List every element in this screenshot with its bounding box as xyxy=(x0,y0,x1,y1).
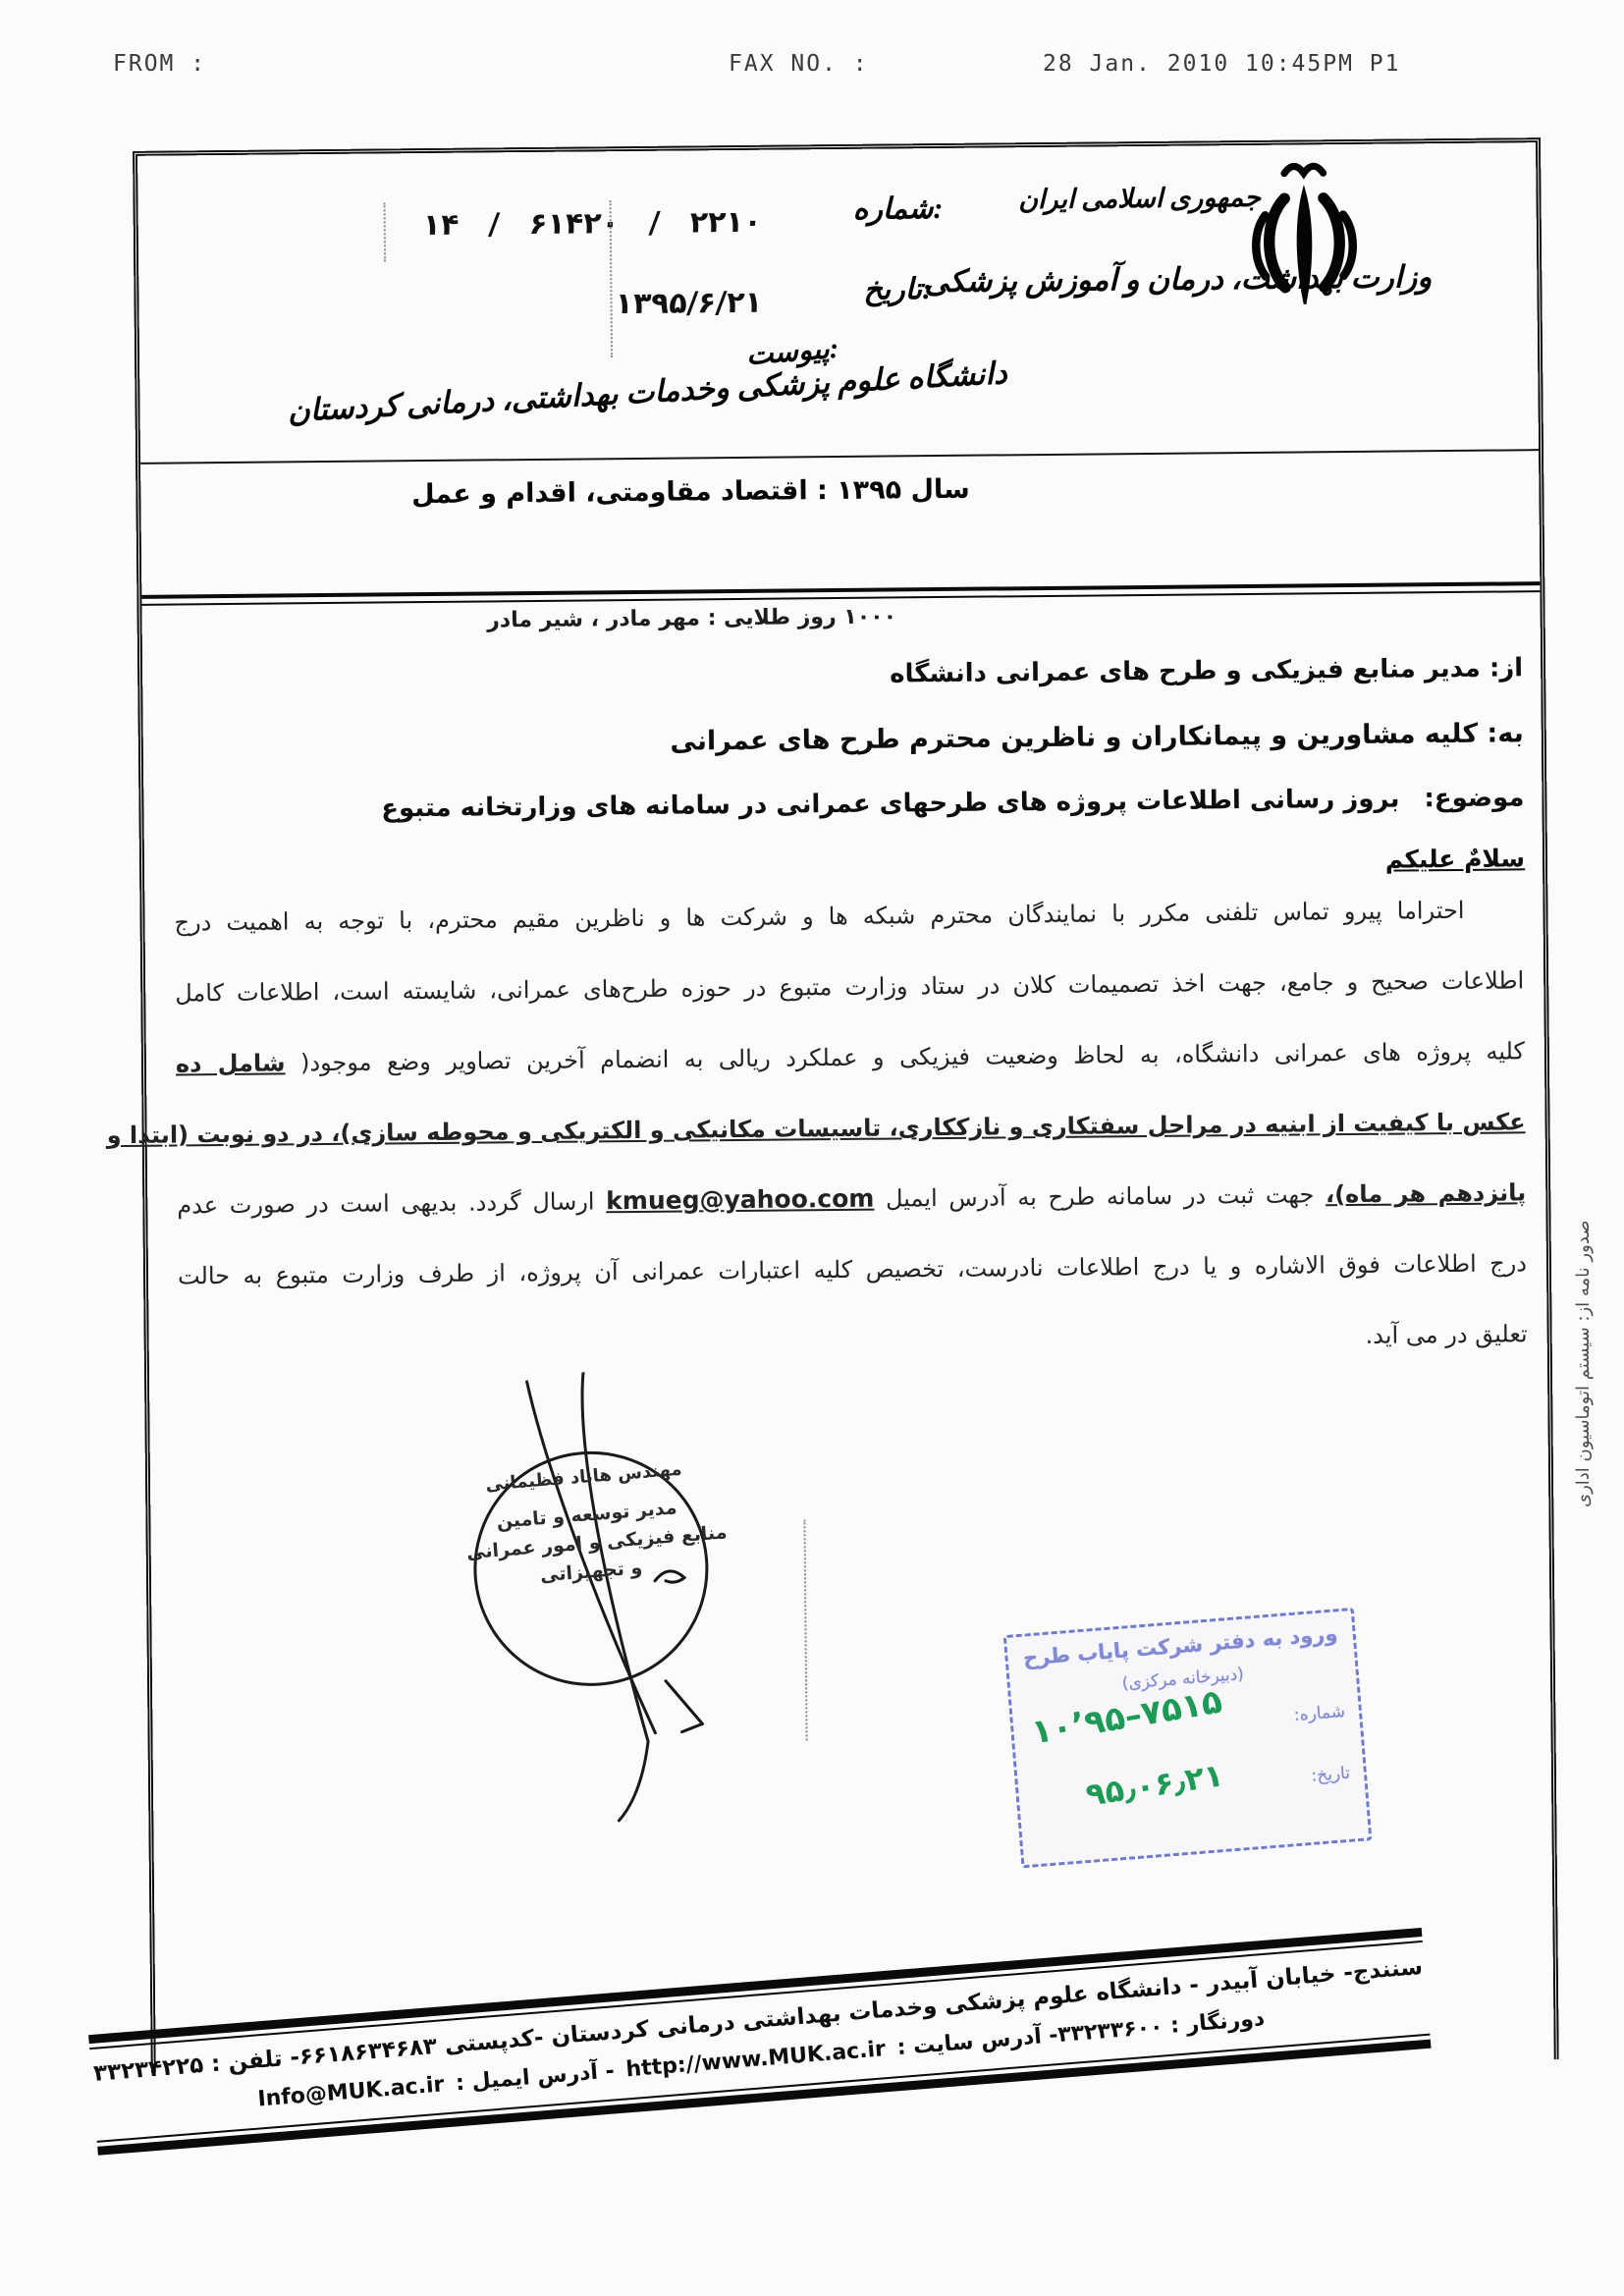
letterhead-ministry: وزارت بهداشت، درمان و آموزش پزشکی xyxy=(924,259,1425,300)
subject-line: موضوع: بروز رسانی اطلاعات پروژه های طرحه… xyxy=(381,783,1524,823)
stamp-date-value: ۹۵٫۰۶٫۲۱ xyxy=(1083,1756,1225,1814)
greeting: سلامٌ علیکم xyxy=(1385,844,1526,873)
body-line-6: درج اطلاعات فوق الاشاره و یا درج اطلاعات… xyxy=(178,1230,1528,1314)
from-line: از: مدیر منابع فیزیکی و طرح های عمرانی د… xyxy=(890,653,1523,688)
footer-site-url: http://www.MUK.ac.ir xyxy=(625,2037,887,2082)
separator-double-line xyxy=(141,581,1540,606)
entry-stamp: ورود به دفتر شرکت پایاب طرح (دبیرخانه مر… xyxy=(1003,1608,1373,1869)
attachment-label: پیوست: xyxy=(745,331,840,372)
letterhead-country: جمهوری اسلامی ایران xyxy=(972,182,1306,215)
body-line-5-mid: جهت ثبت در سامانه طرح به آدرس ایمیل xyxy=(886,1180,1315,1212)
golden-days-motto: ۱۰۰۰ روز طلایی : مهر مادر ، شیر مادر xyxy=(319,603,1065,634)
body-line-5: پانزدهم هر ماه)، جهت ثبت در سامانه طرح ب… xyxy=(177,1160,1527,1243)
body-line-5-bold: پانزدهم هر ماه)، xyxy=(1326,1178,1526,1208)
signature-scribble xyxy=(419,1356,827,1836)
footer-email: Info@MUK.ac.ir xyxy=(257,2072,446,2111)
body-line-3-underlined: شامل ده xyxy=(176,1049,286,1077)
number-value: ۲۲۱۰ / ۶۱۴۲۰ / ۱۴ xyxy=(191,205,763,246)
iran-emblem-logo xyxy=(1213,156,1396,325)
emblem-tashdid xyxy=(1284,166,1324,173)
date-value: ۱۳۹۵/۶/۲۱ xyxy=(428,286,764,323)
year-slogan: سال ۱۳۹۵ : اقتصاد مقاومتی، اقدام و عمل xyxy=(317,473,1063,511)
subject-text: بروز رسانی اطلاعات پروژه های طرحهای عمرا… xyxy=(381,785,1399,824)
footer-email-label: - آدرس ایمیل : xyxy=(455,2058,615,2096)
stamp-date-label: تاریخ: xyxy=(1311,1764,1351,1786)
margin-note: صدور نامه از: سیستم اتوماسیون اداری xyxy=(1573,1220,1594,1507)
body-line-3-normal: کلیه پروژه های عمرانی دانشگاه، به لحاظ و… xyxy=(300,1037,1525,1076)
body-line-7: تعلیق در می آید. xyxy=(178,1301,1528,1385)
number-label: شماره: xyxy=(852,191,943,227)
fax-from-label: FROM : xyxy=(113,51,206,77)
to-line: به: کلیه مشاورین و پیمانکاران و ناظرین م… xyxy=(670,718,1524,756)
letterhead-university: دانشگاه علوم پزشکی وخدمات بهداشتی، درمان… xyxy=(287,356,995,429)
separator-line xyxy=(140,449,1539,465)
fax-scan-page: { "fax_header": { "from_label": "FROM :"… xyxy=(0,0,1624,2296)
fax-datetime: 28 Jan. 2010 10:45PM P1 xyxy=(1043,51,1401,77)
fax-no-label: FAX NO. : xyxy=(729,51,869,77)
signature-block: مهندس هاناد فظیمانی مدیر توسعه و تامین م… xyxy=(409,1353,856,1836)
body-line-3: کلیه پروژه های عمرانی دانشگاه، به لحاظ و… xyxy=(176,1018,1526,1102)
stamp-number-label: شماره: xyxy=(1293,1702,1346,1725)
body-line-4: عکس با کیفیت از ابنیه در مراحل سفتکاری و… xyxy=(176,1089,1526,1173)
body-line-5-end: ارسال گردد. بدیهی است در صورت عدم xyxy=(177,1187,594,1219)
subject-label: موضوع: xyxy=(1424,783,1524,813)
letter-page: جمهوری اسلامی ایران وزارت بهداشت، درمان … xyxy=(133,137,1559,2073)
body-line-5-email: kmueg@yahoo.com xyxy=(606,1184,874,1216)
body-line-1: احتراما پیرو تماس تلفنی مکرر با نمایندگا… xyxy=(174,877,1524,960)
body-line-2: اطلاعات صحیح و جامع، جهت اخذ تصمیمات کلا… xyxy=(175,948,1525,1031)
date-label: تاریخ: xyxy=(863,272,932,307)
